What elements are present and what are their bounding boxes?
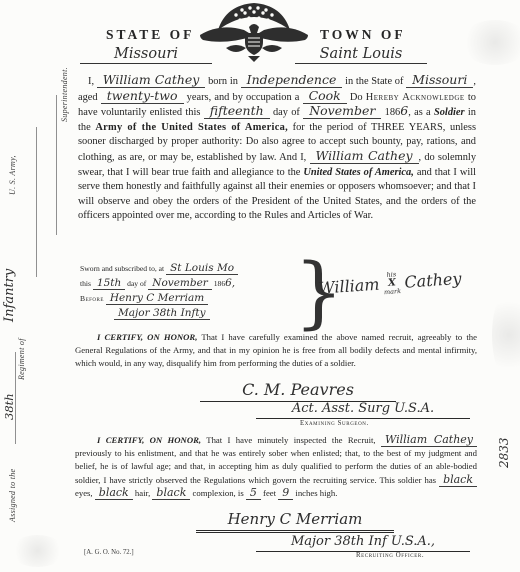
sworn-year-digit-handwritten: 6, bbox=[225, 277, 235, 289]
certify-body-text: previously to his enlistment, and that h… bbox=[75, 448, 477, 484]
certify-body-text: inches bbox=[295, 488, 317, 498]
army-of-united-states-text: Army of the United States of America, bbox=[95, 122, 288, 133]
oath-text: , as a bbox=[408, 107, 430, 118]
recruit-name-handwritten: William Cathey bbox=[310, 148, 419, 164]
recruiter-signature-handwritten: Henry C Merriam bbox=[196, 510, 394, 533]
recruit-signature-first: William bbox=[318, 275, 381, 298]
state-handwritten: Missouri bbox=[80, 46, 212, 64]
complexion-handwritten: black bbox=[152, 486, 190, 500]
before-label: Before bbox=[80, 294, 104, 303]
hair-color-handwritten: black bbox=[95, 486, 133, 500]
united-states-emphasis-text: United States of America, bbox=[303, 167, 413, 178]
recruiter-certification-paragraph: I CERTIFY, ON HONOR, That I have minutel… bbox=[75, 434, 477, 500]
us-eagle-emblem-icon bbox=[198, 0, 310, 69]
town-handwritten: Saint Louis bbox=[295, 46, 427, 64]
oath-text: day of bbox=[273, 107, 300, 118]
hereby-acknowledge-text: Hereby Acknowledge bbox=[366, 92, 465, 103]
officer-name-handwritten: Henry C Merriam bbox=[106, 292, 208, 305]
enlistment-document: Assigned to the 38th Regiment of Infantr… bbox=[0, 0, 520, 572]
recruit-signature: William his X mark Cathey bbox=[317, 263, 513, 300]
recruit-name-handwritten: William Cathey bbox=[381, 433, 477, 447]
margin-infantry-handwritten: Infantry bbox=[2, 269, 17, 322]
recruiting-officer-label: Recruiting Officer. bbox=[356, 552, 424, 559]
oath-text: Do bbox=[350, 92, 363, 103]
margin-superintendent-label: Superintendent. bbox=[60, 67, 69, 122]
eye-color-handwritten: black bbox=[439, 473, 477, 487]
sworn-line: Before Henry C Merriam bbox=[80, 292, 308, 304]
certify-body-text: high. bbox=[320, 488, 338, 498]
margin-regiment-of-label: Regiment of bbox=[17, 338, 26, 380]
certify-lead-text: I CERTIFY, ON HONOR, bbox=[97, 332, 197, 342]
surgeon-title-handwritten: Act. Asst. Surg U.S.A. bbox=[256, 401, 470, 419]
recruit-signature-last: Cathey bbox=[404, 269, 462, 292]
height-inches-handwritten: 9 bbox=[278, 486, 293, 500]
certify-body-text: hair, bbox=[135, 488, 150, 498]
oath-text: years, bbox=[187, 92, 212, 103]
margin-us-army-label: U. S. Army, bbox=[8, 155, 17, 195]
enlist-year-digit-handwritten: 6 bbox=[400, 103, 408, 118]
scan-smudge bbox=[460, 20, 520, 65]
oath-text: for the period of bbox=[293, 122, 367, 133]
certify-lead-text: I CERTIFY, ON HONOR, bbox=[97, 435, 201, 445]
margin-assigned-label: Assigned to the bbox=[8, 469, 17, 522]
height-feet-handwritten: 5 bbox=[246, 486, 261, 500]
certify-body-text: eyes, bbox=[75, 488, 93, 498]
examining-surgeon-label: Examining Surgeon. bbox=[300, 420, 369, 427]
margin-rule bbox=[36, 127, 37, 277]
sworn-text: this bbox=[80, 279, 91, 288]
certify-body-text: feet bbox=[263, 488, 276, 498]
sworn-text: day of bbox=[127, 279, 146, 288]
enlist-month-handwritten: November bbox=[303, 103, 381, 119]
oath-text: born in bbox=[208, 76, 238, 87]
scan-smudge bbox=[492, 290, 520, 380]
enlist-day-handwritten: fifteenth bbox=[204, 103, 270, 119]
scan-smudge bbox=[10, 535, 65, 567]
soldier-emphasis-text: Soldier bbox=[434, 107, 465, 118]
oath-text: and by occupation a bbox=[214, 92, 299, 103]
oath-text: 186 bbox=[385, 107, 401, 118]
officer-title-handwritten: Major 38th Infty bbox=[114, 307, 210, 320]
margin-rule bbox=[56, 95, 57, 235]
sworn-month-handwritten: November bbox=[148, 277, 212, 290]
certify-body-text: That I have minutely inspected the Recru… bbox=[206, 435, 375, 445]
sworn-text: 186 bbox=[214, 279, 225, 288]
form-number-label: [A. G. O. No. 72.] bbox=[84, 549, 134, 556]
recruiter-title-handwritten: Major 38th Inf U.S.A., bbox=[256, 534, 470, 552]
three-years-text: THREE YEARS, bbox=[371, 122, 445, 133]
birthplace-handwritten: Independence bbox=[241, 72, 343, 88]
oath-paragraph: I, William Cathey born in Independence i… bbox=[78, 74, 476, 224]
town-of-label: TOWN OF bbox=[320, 27, 406, 43]
sworn-block: Sworn and subscribed to, at St Louis Mo … bbox=[80, 262, 308, 322]
sworn-place-handwritten: St Louis Mo bbox=[166, 262, 238, 275]
surgeon-signature-handwritten: C. M. Peavres bbox=[200, 380, 396, 402]
sworn-text: Sworn and subscribed to, at bbox=[80, 264, 164, 273]
recruit-name-handwritten: William Cathey bbox=[97, 72, 206, 88]
oath-text: I, bbox=[88, 76, 94, 87]
age-handwritten: twenty-two bbox=[101, 88, 184, 104]
sworn-day-handwritten: 15th bbox=[93, 277, 125, 290]
mark-label: mark bbox=[384, 288, 402, 296]
margin-docket-number-handwritten: 2833 bbox=[497, 437, 511, 468]
state-of-label: STATE OF bbox=[106, 27, 194, 43]
certify-body-text: complexion, is bbox=[193, 488, 244, 498]
occupation-handwritten: Cook bbox=[303, 88, 347, 104]
sworn-line: Sworn and subscribed to, at St Louis Mo bbox=[80, 262, 308, 274]
oath-text: in the State of bbox=[345, 76, 403, 87]
surgeon-certification-paragraph: I CERTIFY, ON HONOR, That I have careful… bbox=[75, 331, 477, 371]
margin-regiment-number-handwritten: 38th bbox=[2, 393, 16, 420]
margin-rule bbox=[15, 352, 16, 444]
sworn-line: Major 38th Infty bbox=[80, 307, 308, 319]
his-x-mark: his X mark bbox=[383, 271, 402, 295]
sworn-line: this 15th day of November 1866, bbox=[80, 277, 308, 289]
birth-state-handwritten: Missouri bbox=[406, 72, 473, 88]
